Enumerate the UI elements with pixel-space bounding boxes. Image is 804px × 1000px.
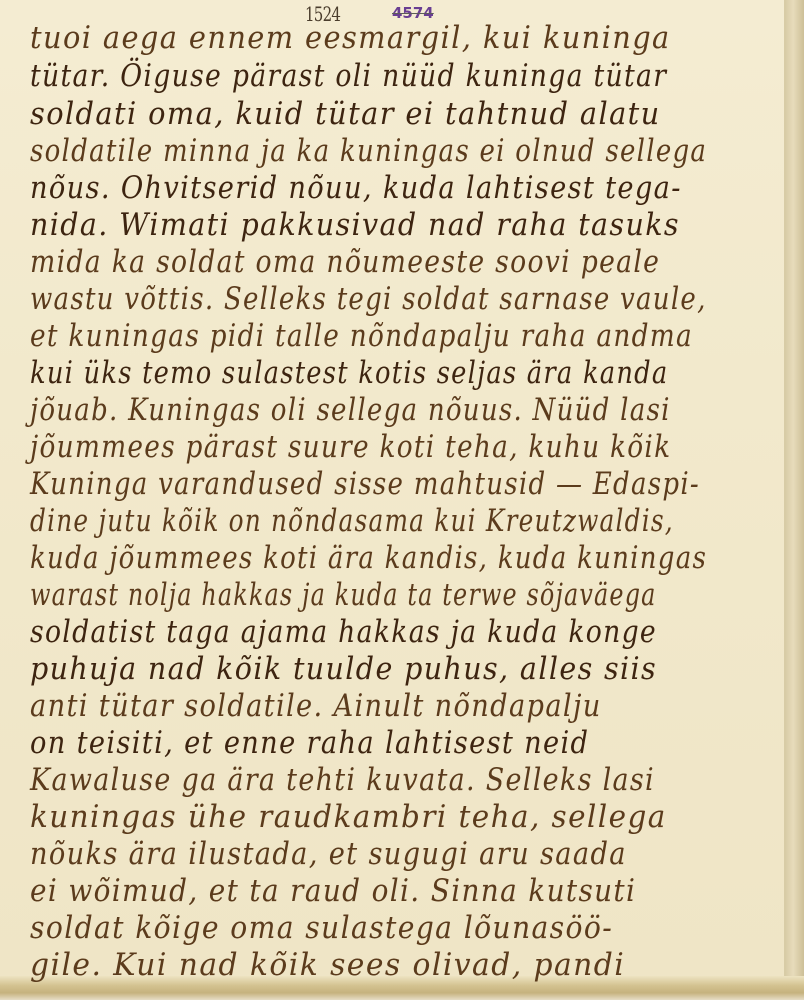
text-line: nõus. Ohvitserid nõuu, kuda lahtisest te… xyxy=(30,170,682,206)
text-line: soldatile minna ja ka kuningas ei olnud … xyxy=(30,133,707,169)
text-line: dine jutu kõik on nõndasama kui Kreutzwa… xyxy=(30,503,674,539)
text-line: ei wõimud, et ta raud oli. Sinna kutsuti xyxy=(30,873,636,909)
text-line: tuoi aega ennem eesmargil, kui kuninga xyxy=(30,20,671,56)
text-line: nõuks ära ilustada, et sugugi aru saada xyxy=(30,836,627,872)
text-line: soldat kõige oma sulastega lõunasöö- xyxy=(30,910,613,946)
text-line: wastu võttis. Selleks tegi soldat sarnas… xyxy=(30,281,707,317)
text-line: soldati oma, kuid tütar ei tahtnud alatu xyxy=(30,96,661,132)
text-line: kuda jõummees koti ära kandis, kuda kuni… xyxy=(30,540,707,576)
text-line: kuningas ühe raudkambri teha, sellega xyxy=(30,799,667,835)
text-line: on teisiti, et enne raha lahtisest neid xyxy=(30,725,589,761)
text-line: jõuab. Kuningas oli sellega nõuus. Nüüd … xyxy=(30,392,671,428)
text-line: tütar. Öiguse pärast oli nüüd kuninga tü… xyxy=(30,58,667,94)
text-line: et kuningas pidi talle nõndapalju raha a… xyxy=(30,318,693,354)
text-line: Kawaluse ga ära tehti kuvata. Selleks la… xyxy=(30,762,655,798)
text-line: jõummees pärast suure koti teha, kuhu kõ… xyxy=(30,429,671,465)
text-line: mida ka soldat oma nõumeeste soovi peale xyxy=(30,244,660,280)
text-line: warast nolja hakkas ja kuda ta terwe sõj… xyxy=(30,577,657,613)
text-line: anti tütar soldatile. Ainult nõndapalju xyxy=(30,688,602,724)
text-line: puhuja nad kõik tuulde puhus, alles siis xyxy=(30,651,657,687)
text-line: kui üks temo sulastest kotis seljas ära … xyxy=(30,355,668,391)
page-gutter xyxy=(786,0,804,1000)
text-line: soldatist taga ajama hakkas ja kuda kong… xyxy=(30,614,657,650)
text-line: nida. Wimati pakkusivad nad raha tasuks xyxy=(30,207,680,243)
text-line: gile. Kui nad kõik sees olivad, pandi xyxy=(30,947,625,983)
text-line: Kuninga varandused sisse mahtusid — Edas… xyxy=(30,466,700,502)
